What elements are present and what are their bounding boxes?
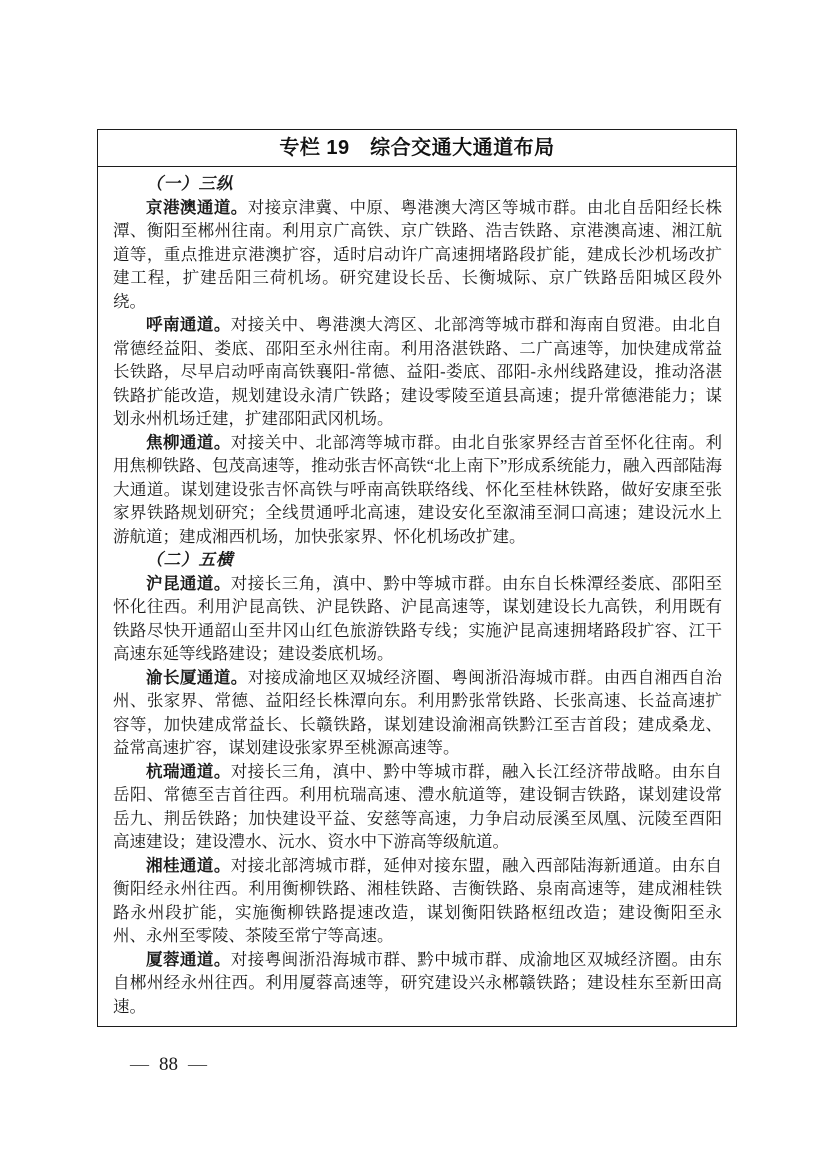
- page-number: 88: [159, 1054, 178, 1076]
- section-heading-three-verticals: （一）三纵: [113, 172, 722, 196]
- paragraph-xiarong: 厦蓉通道。对接粤闽浙沿海城市群、黔中城市群、成渝地区双城经济圈。由东自郴州经永州…: [113, 948, 722, 1019]
- document-page: 专栏 19 综合交通大通道布局 （一）三纵 京港澳通道。对接京津冀、中原、粤港澳…: [0, 0, 827, 1169]
- box-title: 专栏 19 综合交通大通道布局: [98, 130, 736, 167]
- paragraph-lead: 湘桂通道。: [146, 856, 231, 875]
- paragraph-lead: 杭瑞通道。: [146, 762, 231, 781]
- feature-box: 专栏 19 综合交通大通道布局 （一）三纵 京港澳通道。对接京津冀、中原、粤港澳…: [97, 129, 737, 1027]
- page-footer: — 88 —: [130, 1054, 207, 1076]
- paragraph-hukun: 沪昆通道。对接长三角，滇中、黔中等城市群。由东自长株潭经娄底、邵阳至怀化往西。利…: [113, 572, 722, 666]
- paragraph-jiaoliu: 焦柳通道。对接关中、北部湾等城市群。由北自张家界经吉首至怀化往南。利用焦柳铁路、…: [113, 431, 722, 549]
- box-body: （一）三纵 京港澳通道。对接京津冀、中原、粤港澳大湾区等城市群。由北自岳阳经长株…: [98, 167, 736, 1026]
- paragraph-xianggui: 湘桂通道。对接北部湾城市群，延伸对接东盟，融入西部陆海新通道。由东自衡阳经永州往…: [113, 854, 722, 948]
- paragraph-lead: 呼南通道。: [146, 315, 231, 334]
- paragraph-lead: 渝长厦通道。: [146, 668, 248, 687]
- paragraph-lead: 焦柳通道。: [146, 433, 231, 452]
- paragraph-yuchangxia: 渝长厦通道。对接成渝地区双城经济圈、粤闽浙沿海城市群。由西自湘西自治州、张家界、…: [113, 666, 722, 760]
- section-heading-five-horizontals: （二）五横: [113, 548, 722, 572]
- footer-dash-left: —: [130, 1054, 149, 1076]
- paragraph-hunan: 呼南通道。对接关中、粤港澳大湾区、北部湾等城市群和海南自贸港。由北自常德经益阳、…: [113, 313, 722, 431]
- paragraph-jinggangao: 京港澳通道。对接京津冀、中原、粤港澳大湾区等城市群。由北自岳阳经长株潭、衡阳至郴…: [113, 196, 722, 314]
- paragraph-lead: 沪昆通道。: [146, 574, 231, 593]
- footer-dash-right: —: [188, 1054, 207, 1076]
- paragraph-hangrui: 杭瑞通道。对接长三角，滇中、黔中等城市群，融入长江经济带战略。由东自岳阳、常德至…: [113, 760, 722, 854]
- paragraph-lead: 厦蓉通道。: [146, 950, 231, 969]
- paragraph-lead: 京港澳通道。: [146, 198, 248, 217]
